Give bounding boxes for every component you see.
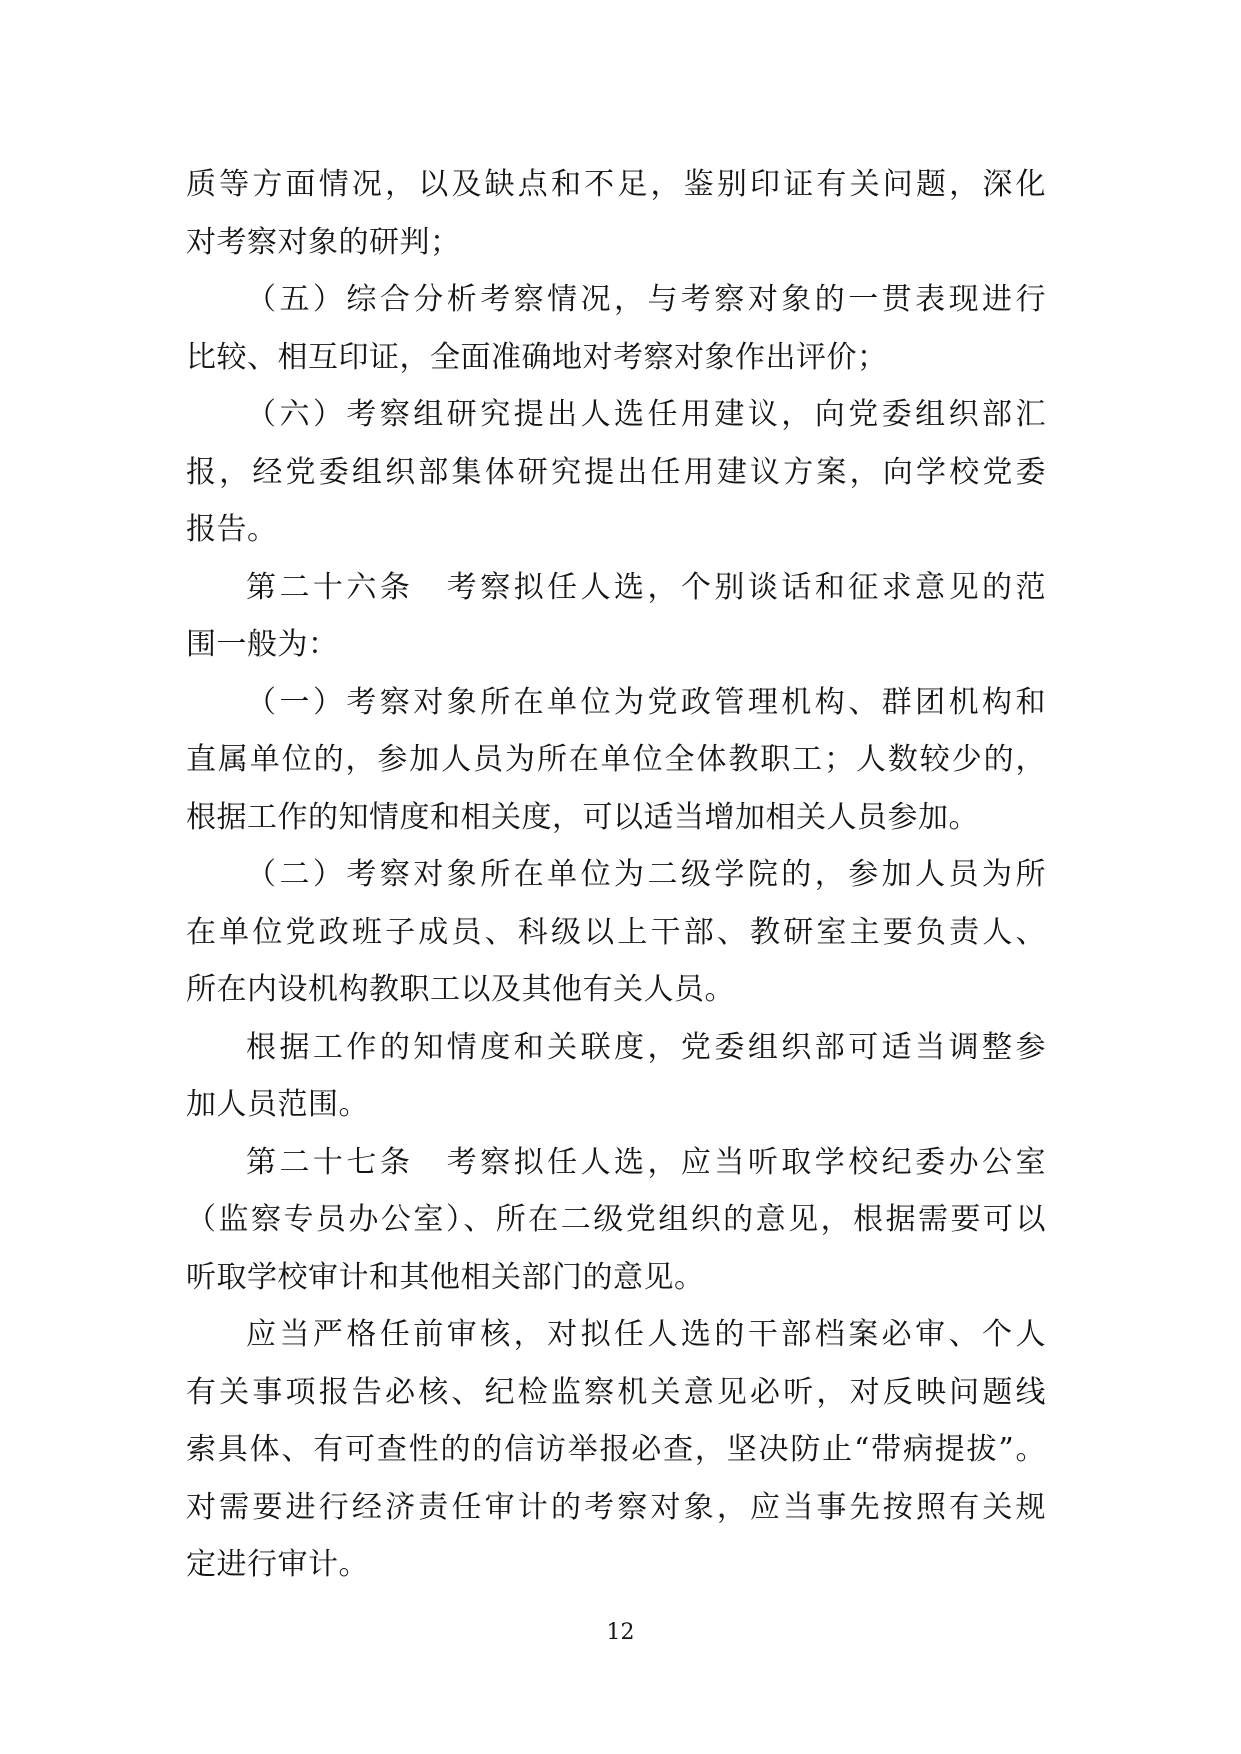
text-line: 第二十六条 考察拟任人选，个别谈话和征求意见的范 <box>186 559 1046 617</box>
text-line: 定进行审计。 <box>186 1536 1046 1594</box>
document-page: 质等方面情况，以及缺点和不足，鉴别印证有关问题，深化对考察对象的研判；（五）综合… <box>0 0 1241 1754</box>
text-line: 质等方面情况，以及缺点和不足，鉴别印证有关问题，深化 <box>186 156 1046 214</box>
text-line: 报，经党委组织部集体研究提出任用建议方案，向学校党委 <box>186 444 1046 502</box>
text-line: 报告。 <box>186 501 1046 559</box>
page-number: 12 <box>0 1620 1241 1645</box>
text-line: （二）考察对象所在单位为二级学院的，参加人员为所 <box>186 846 1046 904</box>
text-line: 第二十七条 考察拟任人选，应当听取学校纪委办公室 <box>186 1134 1046 1192</box>
text-line: 对考察对象的研判； <box>186 214 1046 272</box>
text-line: 有关事项报告必核、纪检监察机关意见必听，对反映问题线 <box>186 1364 1046 1422</box>
text-line: 围一般为： <box>186 616 1046 674</box>
text-line: 比较、相互印证，全面准确地对考察对象作出评价； <box>186 329 1046 387</box>
text-line: 听取学校审计和其他相关部门的意见。 <box>186 1249 1046 1307</box>
text-line: 直属单位的，参加人员为所在单位全体教职工；人数较少的， <box>186 731 1046 789</box>
text-line: 在单位党政班子成员、科级以上干部、教研室主要负责人、 <box>186 904 1046 962</box>
text-line: 加人员范围。 <box>186 1076 1046 1134</box>
text-line: 所在内设机构教职工以及其他有关人员。 <box>186 961 1046 1019</box>
text-line: 应当严格任前审核，对拟任人选的干部档案必审、个人 <box>186 1306 1046 1364</box>
text-line: （六）考察组研究提出人选任用建议，向党委组织部汇 <box>186 386 1046 444</box>
text-line: 对需要进行经济责任审计的考察对象，应当事先按照有关规 <box>186 1479 1046 1537</box>
text-line: （一）考察对象所在单位为党政管理机构、群团机构和 <box>186 674 1046 732</box>
text-line: （监察专员办公室）、所在二级党组织的意见，根据需要可以 <box>186 1191 1046 1249</box>
text-line: 索具体、有可查性的的信访举报必查，坚决防止“带病提拔”。 <box>186 1421 1046 1479</box>
document-body-text: 质等方面情况，以及缺点和不足，鉴别印证有关问题，深化对考察对象的研判；（五）综合… <box>186 156 1046 1594</box>
text-line: （五）综合分析考察情况，与考察对象的一贯表现进行 <box>186 271 1046 329</box>
text-line: 根据工作的知情度和相关度，可以适当增加相关人员参加。 <box>186 789 1046 847</box>
text-line: 根据工作的知情度和关联度，党委组织部可适当调整参 <box>186 1019 1046 1077</box>
